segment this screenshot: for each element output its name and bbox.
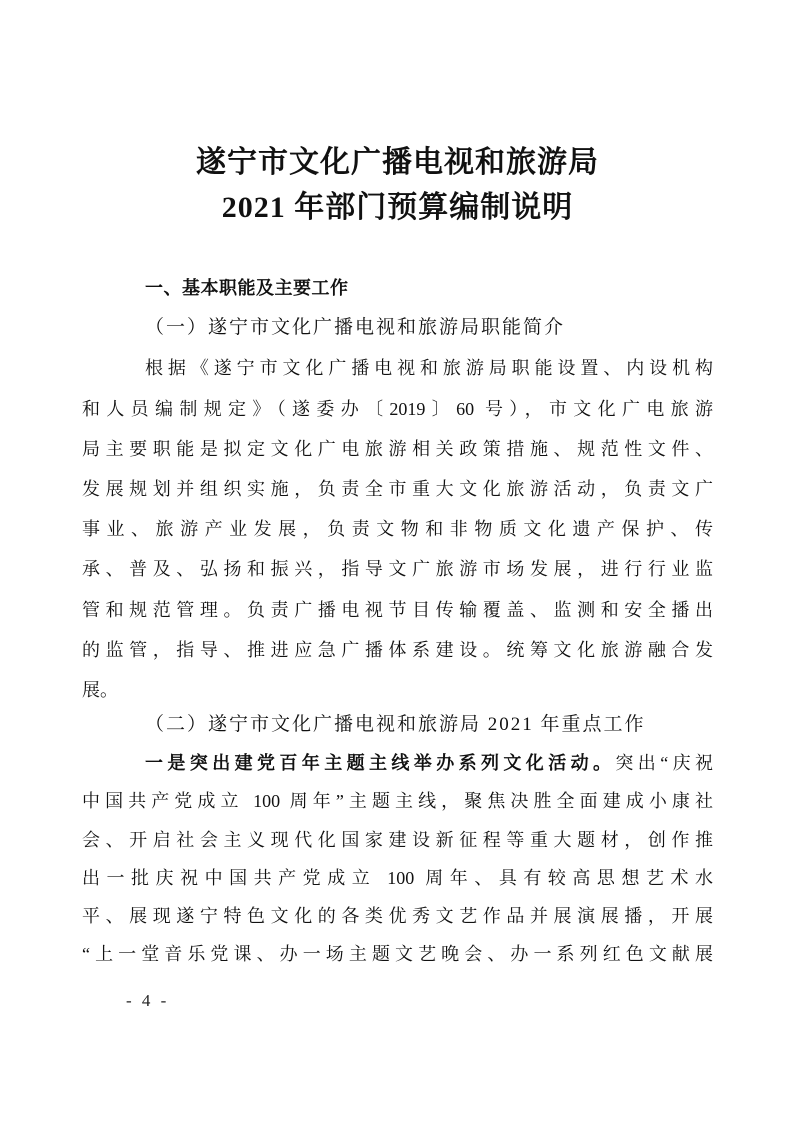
text-line: “上一堂音乐党课、办一场主题文艺晚会、办一系列红色文献展 [82,935,713,973]
document-flow-2: （二）遂宁市文化广播电视和旅游局 2021 年重点工作一是突出建党百年主题主线举… [82,706,713,973]
text-line: 根据《遂宁市文化广播电视和旅游局职能设置、内设机构 [82,348,713,388]
text-line: 展。 [82,670,713,710]
text-line: （二）遂宁市文化广播电视和旅游局 2021 年重点工作 [82,706,713,744]
text-line: 事业、旅游产业发展，负责文物和非物质文化遗产保护、传 [82,509,713,549]
text-line: 管和规范管理。负责广播电视节目传输覆盖、监测和安全播出 [82,590,713,630]
title-line-1: 遂宁市文化广播电视和旅游局 [82,140,713,185]
text-line: 中国共产党成立 100 周年”主题主线，聚焦决胜全面建成小康社 [82,782,713,820]
text-line: 局主要职能是拟定文化广电旅游相关政策措施、规范性文件、 [82,429,713,469]
text-line: 发展规划并组织实施，负责全市重大文化旅游活动，负责文广 [82,469,713,509]
text-line: 和人员编制规定》（遂委办〔2019〕60 号），市文化广电旅游 [82,389,713,429]
document-flow-1: 一、基本职能及主要工作（一）遂宁市文化广播电视和旅游局职能简介根据《遂宁市文化广… [82,268,713,710]
text-line: 一、基本职能及主要工作 [82,268,713,308]
text-line: 的监管，指导、推进应急广播体系建设。统筹文化旅游融合发 [82,630,713,670]
document-page: 遂宁市文化广播电视和旅游局 2021 年部门预算编制说明 一、基本职能及主要工作… [0,0,793,1122]
text-line: 承、普及、弘扬和振兴，指导文广旅游市场发展，进行行业监 [82,549,713,589]
document-title: 遂宁市文化广播电视和旅游局 2021 年部门预算编制说明 [82,140,713,230]
text-line: 出一批庆祝中国共产党成立 100 周年、具有较高思想艺术水 [82,859,713,897]
text-line: （一）遂宁市文化广播电视和旅游局职能简介 [82,308,713,348]
text-line: 一是突出建党百年主题主线举办系列文化活动。突出“庆祝 [82,744,713,782]
title-line-2: 2021 年部门预算编制说明 [82,185,713,230]
text-line: 会、开启社会主义现代化国家建设新征程等重大题材，创作推 [82,821,713,859]
text-line: 平、展现遂宁特色文化的各类优秀文艺作品并展演展播，开展 [82,897,713,935]
page-number: - 4 - [126,991,169,1011]
